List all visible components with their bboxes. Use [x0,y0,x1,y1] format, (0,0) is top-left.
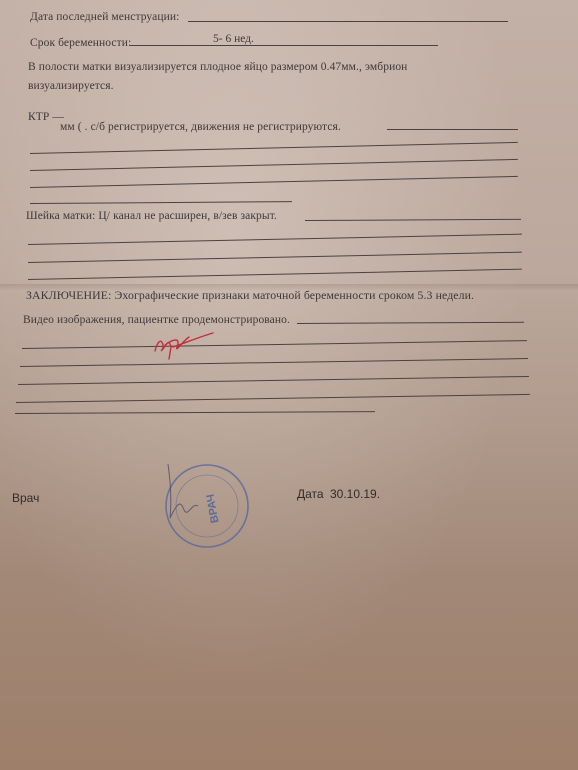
lmp-field-line [188,21,508,22]
doctor-stamp-icon: ВРАЧ [160,458,252,550]
gestational-age-label: Срок беременности: [30,37,131,49]
cervix-blank-line-2 [28,252,522,263]
ktr-blank-line-2 [30,159,518,171]
svg-text:ВРАЧ: ВРАЧ [205,493,222,524]
paper-lighting [0,0,578,770]
blank-line-5 [15,411,375,414]
ktr-description: мм ( . с/б регистрируется, движения не р… [60,121,341,133]
cervix-blank-line-3 [28,269,522,280]
gestational-age-value: 5- 6 нед. [213,33,254,45]
uterus-description-line1: В полости матки визуализируется плодное … [28,61,407,73]
date-label: Дата [297,487,324,501]
blank-line-2 [20,358,528,367]
ktr-label: КТР — [28,111,64,123]
gestational-age-field-line [130,45,438,46]
ktr-blank-line-3 [30,176,518,188]
conclusion-text: ЗАКЛЮЧЕНИЕ: Эхографические признаки мато… [26,288,474,303]
ktr-blank-line-1 [30,142,518,154]
date-value: 30.10.19. [330,487,380,501]
ktr-field-line [387,129,518,130]
video-field-line [297,322,524,324]
uterus-description-line2: визуализируется. [28,80,114,92]
red-signature-icon [143,325,233,365]
blank-line-3 [18,376,529,385]
cervix-blank-line-1 [28,234,522,245]
doctor-label: Врач [12,491,39,505]
blank-line-4 [16,394,530,403]
blank-line-1 [22,340,527,349]
lmp-label: Дата последней менструации: [30,11,179,23]
cervix-field-line [305,219,521,221]
cervix-description: Шейка матки: Ц/ канал не расширен, в/зев… [26,210,277,222]
ktr-blank-line-4 [30,201,292,204]
